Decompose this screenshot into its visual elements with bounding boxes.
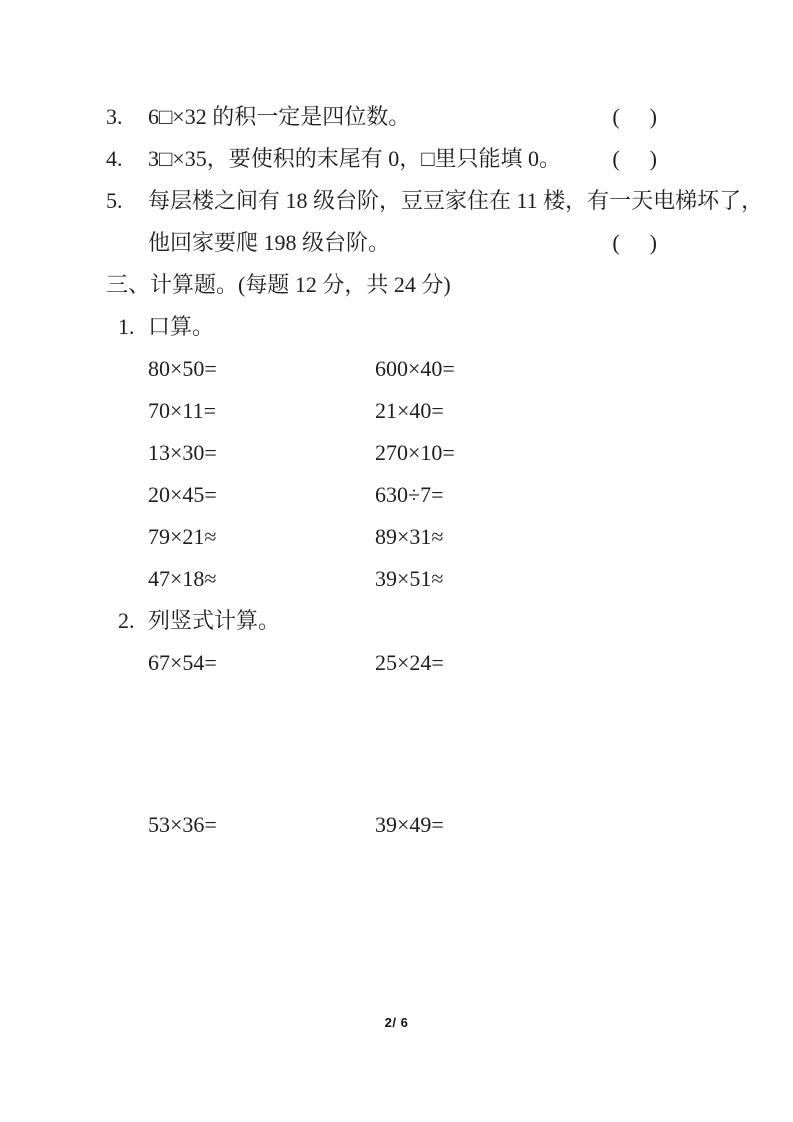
oral-expression: 80×50=	[148, 348, 375, 390]
page-content: 3.6□×32 的积一定是四位数。 () 4.3□×35，要使积的末尾有 0，□…	[0, 96, 793, 846]
oral-expression: 20×45=	[148, 474, 375, 516]
question-text: 4.3□×35，要使积的末尾有 0，□里只能填 0。	[106, 138, 561, 180]
oral-expression: 70×11=	[148, 390, 375, 432]
question-number: 5.	[106, 180, 148, 222]
question-number: 4.	[106, 138, 148, 180]
oral-expression: 21×40=	[375, 398, 444, 423]
subsection-title: 口算。	[148, 314, 214, 339]
answer-blank: ()	[612, 222, 657, 264]
oral-row-6: 47×18≈39×51≈	[148, 558, 793, 600]
subsection-number: 2.	[118, 600, 148, 642]
written-expression: 39×49=	[375, 812, 444, 837]
subsection-number: 1.	[118, 306, 148, 348]
subsection-written-title: 2.列竖式计算。	[118, 600, 793, 642]
oral-expression: 89×31≈	[375, 524, 443, 549]
judgment-question-3: 3.6□×32 的积一定是四位数。 ()	[106, 96, 657, 138]
question-text: 他回家要爬 198 级台阶。	[106, 222, 390, 264]
written-row-1: 67×54=25×24=	[148, 642, 793, 684]
working-space	[0, 684, 793, 804]
paren-close: )	[650, 230, 657, 255]
oral-expression: 630÷7=	[375, 482, 443, 507]
paren-close: )	[650, 104, 657, 129]
question-text: 3.6□×32 的积一定是四位数。	[106, 96, 410, 138]
oral-expression: 39×51≈	[375, 566, 443, 591]
oral-expression: 270×10=	[375, 440, 455, 465]
written-expression: 53×36=	[148, 804, 375, 846]
judgment-question-5-line1: 5.每层楼之间有 18 级台阶，豆豆家住在 11 楼，有一天电梯坏了，	[106, 180, 793, 222]
judgment-question-5-line2: 他回家要爬 198 级台阶。 ()	[106, 222, 657, 264]
section-heading: 三、计算题。(每题 12 分，共 24 分)	[106, 264, 793, 306]
oral-row-3: 13×30=270×10=	[148, 432, 793, 474]
oral-expression: 600×40=	[375, 356, 455, 381]
paren-open: (	[612, 146, 619, 171]
oral-row-4: 20×45=630÷7=	[148, 474, 793, 516]
oral-row-5: 79×21≈89×31≈	[148, 516, 793, 558]
page-number: 2/ 6	[0, 1014, 793, 1032]
oral-expression: 47×18≈	[148, 558, 375, 600]
oral-row-2: 70×11=21×40=	[148, 390, 793, 432]
question-statement: 6□×32 的积一定是四位数。	[148, 104, 410, 129]
question-statement: 每层楼之间有 18 级台阶，豆豆家住在 11 楼，有一天电梯坏了，	[148, 188, 763, 213]
subsection-title: 列竖式计算。	[148, 608, 280, 633]
written-expression: 25×24=	[375, 650, 444, 675]
question-statement: 他回家要爬 198 级台阶。	[148, 230, 390, 255]
oral-row-1: 80×50=600×40=	[148, 348, 793, 390]
written-expression: 67×54=	[148, 642, 375, 684]
paren-open: (	[612, 230, 619, 255]
subsection-oral-title: 1.口算。	[118, 306, 793, 348]
worksheet-page: 3.6□×32 的积一定是四位数。 () 4.3□×35，要使积的末尾有 0，□…	[0, 0, 793, 1122]
paren-open: (	[612, 104, 619, 129]
oral-expression: 13×30=	[148, 432, 375, 474]
oral-expression: 79×21≈	[148, 516, 375, 558]
written-row-2: 53×36=39×49=	[148, 804, 793, 846]
question-number: 3.	[106, 96, 148, 138]
answer-blank: ()	[612, 96, 657, 138]
answer-blank: ()	[612, 138, 657, 180]
paren-close: )	[650, 146, 657, 171]
question-statement: 3□×35，要使积的末尾有 0，□里只能填 0。	[148, 146, 561, 171]
judgment-question-4: 4.3□×35，要使积的末尾有 0，□里只能填 0。 ()	[106, 138, 657, 180]
